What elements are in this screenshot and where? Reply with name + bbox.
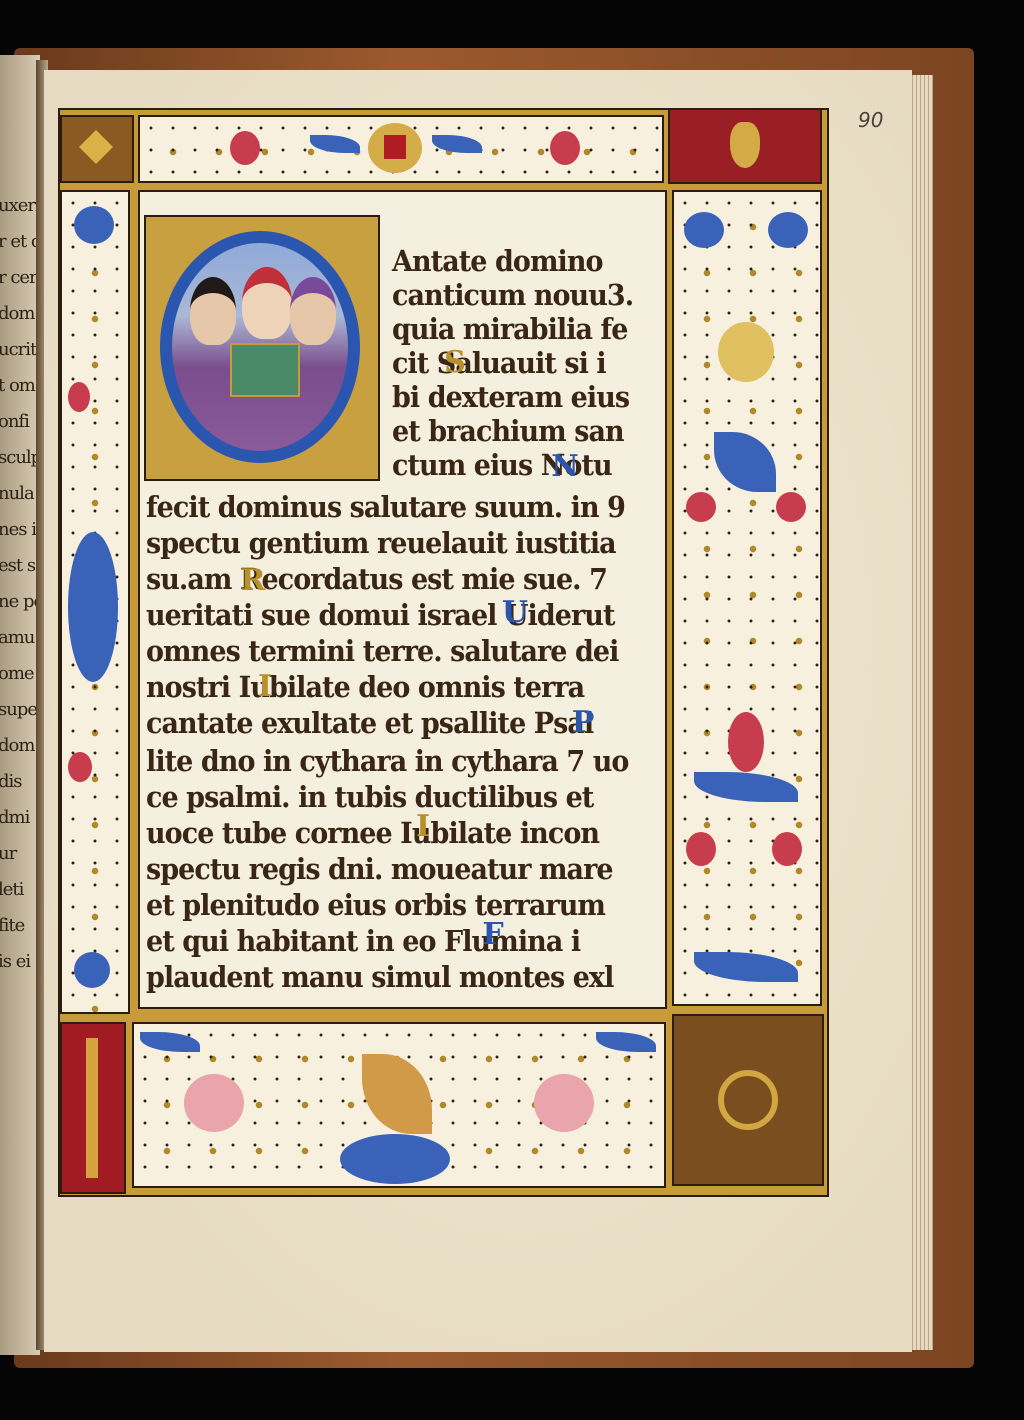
minor-initial-i: I: [250, 672, 280, 702]
left-page-text-fragment: ur: [0, 843, 16, 864]
left-page-text-fragment: nes i: [0, 519, 36, 540]
left-page-text-fragment: is ei: [0, 951, 30, 972]
corner-bottom-left: [60, 1022, 126, 1194]
pink-blossom: [184, 1074, 244, 1132]
singer-black-cap: [190, 277, 236, 345]
left-page-text-fragment: dmi: [0, 807, 29, 828]
border-right: [672, 190, 822, 1006]
yellow-flower: [718, 322, 774, 382]
blue-flower: [684, 212, 724, 248]
blue-leaf: [694, 952, 798, 982]
border-top: [138, 115, 664, 183]
border-bottom: [132, 1022, 666, 1188]
left-page-text-fragment: amu: [0, 627, 34, 648]
red-flower: [728, 712, 764, 772]
red-flower: [550, 131, 580, 165]
red-flower: [772, 832, 802, 866]
red-flower: [68, 752, 92, 782]
left-page-text-fragment: dis: [0, 771, 22, 792]
text-line: et brachium san: [392, 414, 624, 448]
red-flower: [68, 382, 90, 412]
text-line: quia mirabilia fe: [392, 312, 627, 346]
left-page-text-fragment: dom: [0, 303, 34, 324]
left-page-fragment: uxeritr et cor ceradomucritt omonfisculp…: [0, 55, 40, 1355]
text-line: omnes termini terre. salutare dei: [146, 634, 618, 668]
left-page-text-fragment: fite: [0, 915, 24, 936]
text-line: spectu regis dni. moueatur mare: [146, 852, 613, 886]
left-page-text-fragment: nula: [0, 483, 34, 504]
red-flower: [230, 131, 260, 165]
blue-flower: [74, 206, 114, 244]
minor-initial-r: R: [238, 566, 268, 596]
left-page-text-fragment: t om: [0, 375, 35, 396]
red-flower: [686, 492, 716, 522]
blue-leaf: [432, 135, 482, 153]
text-line: cit Saluauit si i: [392, 346, 606, 380]
left-page-text-fragment: leti: [0, 879, 23, 900]
text-line: spectu gentium reuelauit iustitia: [146, 526, 616, 560]
acanthus-flower: [362, 1054, 432, 1134]
minor-initial-s: S: [440, 348, 470, 378]
text-line: cantate exultate et psallite Psal: [146, 706, 593, 740]
folio-number: 90: [858, 108, 883, 132]
red-flower: [776, 492, 806, 522]
text-line: et qui habitant in eo Flumina i: [146, 924, 580, 958]
singer-purple-cap: [290, 277, 336, 345]
text-line: nostri Iubilate deo omnis terra: [146, 670, 584, 704]
text-line: canticum nouu3.: [392, 278, 633, 312]
blue-leaf: [310, 135, 360, 153]
singer-red-cap: [242, 267, 292, 339]
corner-top-right: [668, 108, 822, 184]
text-line: ce psalmi. in tubis ductilibus et: [146, 780, 593, 814]
blue-leaf: [140, 1032, 200, 1052]
jewel-ornament: [368, 123, 422, 173]
minor-initial-f: F: [478, 920, 508, 950]
left-page-text-fragment: onfi: [0, 411, 29, 432]
border-left: [60, 190, 130, 1014]
historiated-initial-c: [144, 215, 380, 481]
left-page-text-fragment: est s: [0, 555, 35, 576]
text-line: et plenitudo eius orbis terrarum: [146, 888, 605, 922]
corner-top-left: [60, 115, 134, 183]
text-line: ueritati sue domui israel Uiderut: [146, 598, 615, 632]
red-flower: [686, 832, 716, 866]
left-page-text-fragment: ome: [0, 663, 34, 684]
text-line: fecit dominus salutare suum. in 9: [146, 490, 625, 524]
blue-flower: [74, 952, 110, 988]
text-line: su.am Recordatus est mie sue. 7: [146, 562, 607, 596]
minor-initial-n: N: [550, 452, 580, 482]
minor-initial-p: P: [568, 708, 598, 738]
left-page-text-fragment: ucrit: [0, 339, 36, 360]
text-line: uoce tube cornee Iubilate incon: [146, 816, 599, 850]
text-line: lite dno in cythara in cythara 7 uo: [146, 744, 628, 778]
text-line: plaudent manu simul montes exl: [146, 960, 613, 994]
blue-calyx: [340, 1134, 450, 1184]
acanthus-scroll: [68, 532, 118, 682]
blue-flower: [768, 212, 808, 248]
initial-miniature: [160, 231, 360, 463]
blue-leaf: [596, 1032, 656, 1052]
blue-leaf: [694, 772, 798, 802]
minor-initial-u: U: [500, 598, 530, 628]
text-line: Antate domino: [392, 244, 603, 278]
pink-blossom: [534, 1074, 594, 1132]
left-page-text-fragment: dom: [0, 735, 34, 756]
corner-bottom-right: [672, 1014, 824, 1186]
open-book: [230, 343, 300, 397]
blue-leaf: [714, 432, 776, 492]
text-line: bi dexteram eius: [392, 380, 629, 414]
minor-initial-i: I: [408, 812, 438, 842]
left-page-text-fragment: supe: [0, 699, 37, 720]
